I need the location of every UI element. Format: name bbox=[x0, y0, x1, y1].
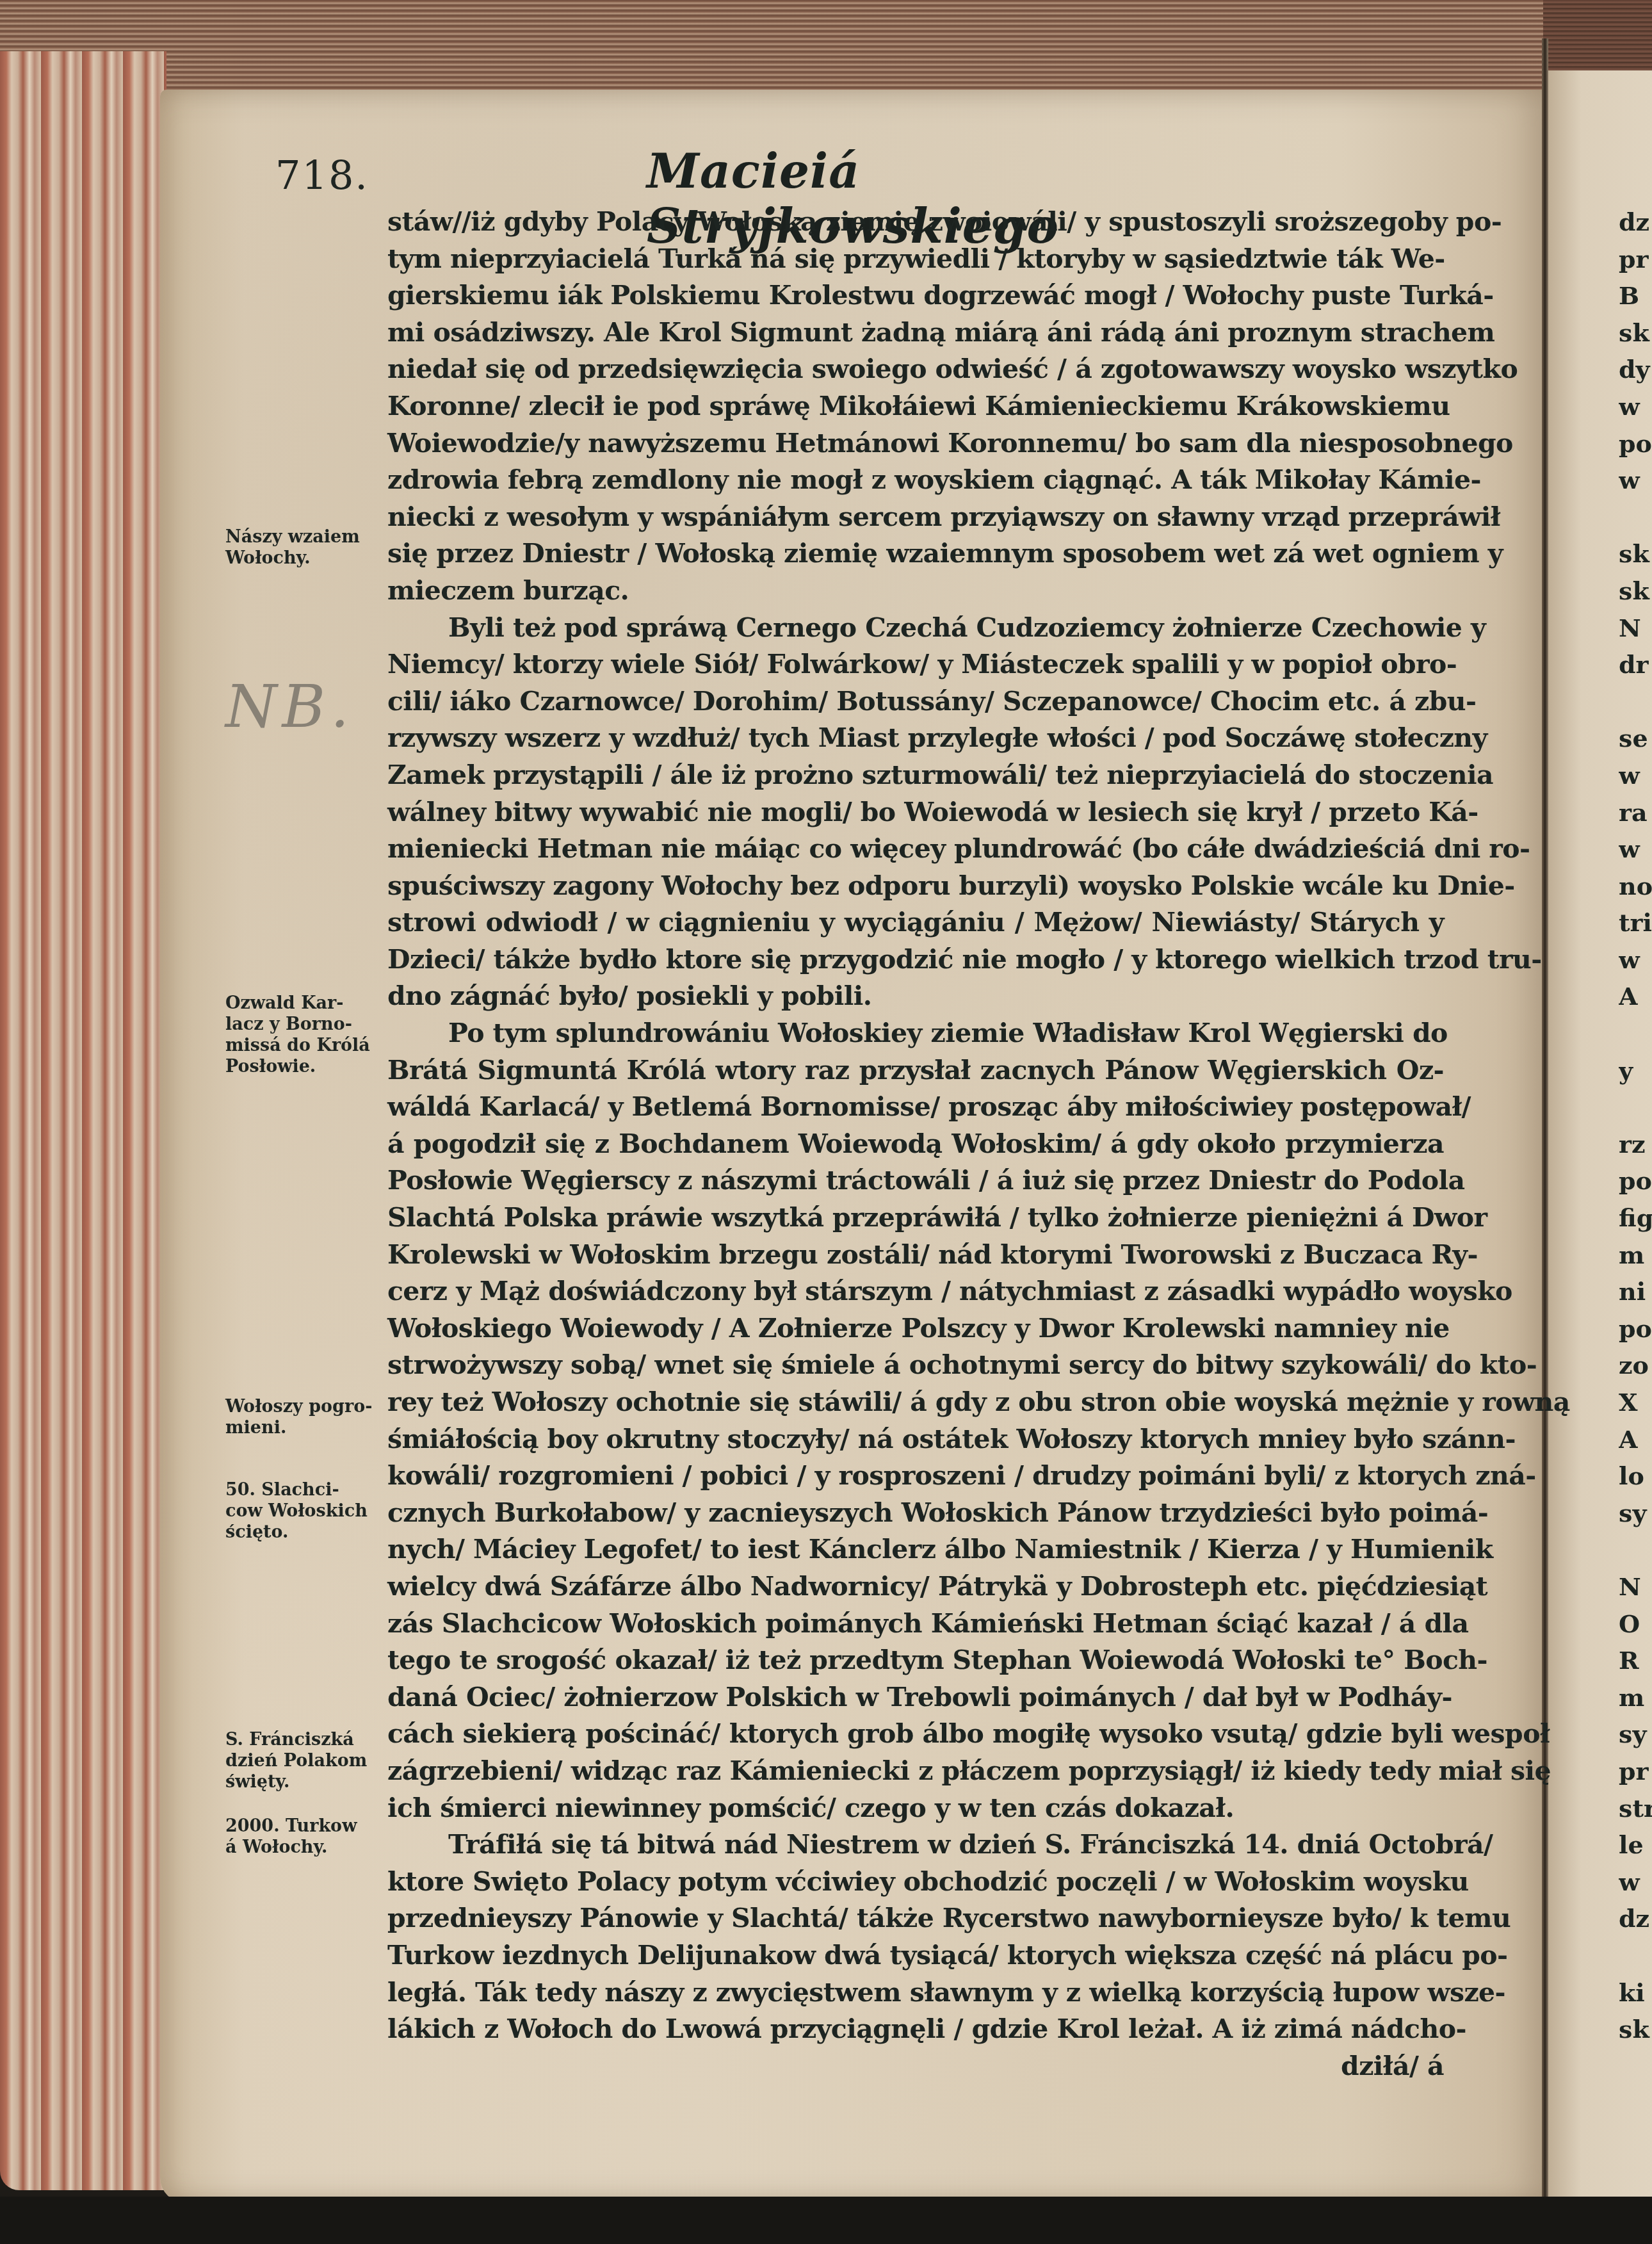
facing-page-fragment: X bbox=[1619, 1384, 1652, 1421]
text-line: zdrowia febrą zemdlony nie mogł z woyski… bbox=[387, 462, 1444, 499]
text-line: mi osádziwszy. Ale Krol Sigmunt żadną mi… bbox=[387, 314, 1444, 352]
facing-page-fragment: A bbox=[1619, 1421, 1652, 1458]
text-line: Slachtá Polska práwie wszytká przepráwił… bbox=[387, 1199, 1444, 1237]
catchword: dziłá/ á bbox=[387, 2048, 1444, 2085]
facing-page-fragment: rz bbox=[1619, 1126, 1652, 1163]
text-line: wielcy dwá Száfárze álbo Nadwornicy/ Pát… bbox=[387, 1568, 1444, 1606]
facing-page-fragment: dy bbox=[1619, 351, 1652, 388]
facing-page-fragment: R bbox=[1619, 1642, 1652, 1679]
marginal-note-line: Posłowie. bbox=[225, 1056, 370, 1077]
page-edges-left bbox=[0, 51, 166, 2190]
facing-page-fragment: dz bbox=[1619, 1900, 1652, 1937]
facing-page-fragment: N bbox=[1619, 1568, 1652, 1606]
marginal-note: Nászy wzaiem Wołochy. bbox=[225, 526, 360, 569]
text-line: strowi odwiodł / w ciągnieniu y wyciągán… bbox=[387, 904, 1444, 941]
text-line: cerz y Mąż doświádczony był stárszym / n… bbox=[387, 1273, 1444, 1310]
marginal-note-line: dzień Polakom bbox=[225, 1750, 367, 1771]
page-edges-top bbox=[0, 0, 1652, 96]
facing-page-fragment: w bbox=[1619, 941, 1652, 979]
marginal-note-line: Wołochy. bbox=[225, 548, 360, 569]
text-line: wáldá Karlacá/ y Betlemá Bornomisse/ pro… bbox=[387, 1089, 1444, 1126]
text-line: gierskiemu iák Polskiemu Krolestwu dogrz… bbox=[387, 277, 1444, 314]
text-line: Zamek przystąpili / ále iż prożno szturm… bbox=[387, 757, 1444, 794]
facing-page-fragment: w bbox=[1619, 1864, 1652, 1901]
text-line: Koronne/ zlecił ie pod spráwę Mikołáiewi… bbox=[387, 388, 1444, 425]
facing-page-fragment: fig bbox=[1619, 1199, 1652, 1237]
text-line: niedał się od przedsięwzięcia swoiego od… bbox=[387, 351, 1444, 388]
facing-page-text: dzprBskdywpowskskNdrsewrawnotriwAyrzpofi… bbox=[1619, 204, 1652, 2048]
marginal-note-line: Nászy wzaiem bbox=[225, 526, 360, 548]
text-line: się przez Dniestr / Wołoską ziemię wzaie… bbox=[387, 535, 1444, 573]
facing-page-edges-top bbox=[1543, 0, 1652, 77]
text-line: tego te srogość okazał/ iż też przedtym … bbox=[387, 1642, 1444, 1679]
text-line: śmiáłością boy okrutny stoczyły/ ná ostá… bbox=[387, 1421, 1444, 1458]
marginal-note: S. Fránciszká dzień Polakom święty. bbox=[225, 1729, 367, 1793]
text-line: ich śmierci niewinney pomścić/ czego y w… bbox=[387, 1790, 1444, 1827]
text-line: wálney bitwy wywabić nie mogli/ bo Woiew… bbox=[387, 794, 1444, 831]
facing-page-fragment bbox=[1619, 1937, 1652, 1974]
marginal-note: Ozwald Kar- lacz y Borno- missá do Królá… bbox=[225, 993, 370, 1077]
marginal-note-line: ścięto. bbox=[225, 1522, 368, 1543]
book-scan: 718. Macieiá Stryjkowskiego NB. Nászy wz… bbox=[0, 0, 1652, 2244]
text-line: kowáli/ rozgromieni / pobici / y rospros… bbox=[387, 1458, 1444, 1495]
text-line: spuściwszy zagony Wołochy bez odporu bur… bbox=[387, 868, 1444, 905]
facing-page-fragment: w bbox=[1619, 462, 1652, 499]
marginal-note-line: święty. bbox=[225, 1771, 367, 1793]
text-line: Krolewski w Wołoskim brzegu zostáli/ nád… bbox=[387, 1237, 1444, 1274]
facing-page-fragment: no bbox=[1619, 868, 1652, 905]
text-line: mieczem burząc. bbox=[387, 573, 1444, 610]
text-line: strwożywszy sobą/ wnet się śmiele á ocho… bbox=[387, 1347, 1444, 1384]
paragraph-start: Tráfiłá się tá bitwá nád Niestrem w dzie… bbox=[387, 1826, 1444, 1864]
text-line: zágrzebieni/ widząc raz Kámieniecki z pł… bbox=[387, 1753, 1444, 1790]
facing-page-fragment: ra bbox=[1619, 794, 1652, 831]
text-line: Turkow iezdnych Delijunakow dwá tysiącá/… bbox=[387, 1937, 1444, 1974]
facing-page-fragment bbox=[1619, 1089, 1652, 1126]
text-line: Woiewodzie/y nawyższemu Hetmánowi Koronn… bbox=[387, 425, 1444, 462]
facing-page-fragment: tri bbox=[1619, 904, 1652, 941]
text-line: tym nieprzyiacielá Turká ná się przywied… bbox=[387, 241, 1444, 278]
facing-page-fragment bbox=[1619, 1015, 1652, 1052]
scan-background bbox=[0, 2197, 1652, 2244]
text-line: ległá. Ták tedy nászy z zwycięstwem sław… bbox=[387, 1974, 1444, 2012]
facing-page-fragment: lo bbox=[1619, 1458, 1652, 1495]
facing-page-fragment: w bbox=[1619, 831, 1652, 868]
text-line: lákich z Wołoch do Lwowá przyciągnęli / … bbox=[387, 2011, 1444, 2048]
marginal-note-line: Wołoszy pogro- bbox=[225, 1396, 372, 1417]
facing-page-fragment: po bbox=[1619, 1310, 1652, 1347]
facing-page-fragment: sk bbox=[1619, 573, 1652, 610]
facing-page-fragment: str bbox=[1619, 1790, 1652, 1827]
facing-page-fragment: dr bbox=[1619, 646, 1652, 683]
facing-page-fragment: zo bbox=[1619, 1347, 1652, 1384]
facing-page-fragment bbox=[1619, 683, 1652, 720]
paragraph-start: Po tym splundrowániu Wołoskiey ziemie Wł… bbox=[387, 1015, 1444, 1052]
marginal-note-line: 50. Slachci- bbox=[225, 1479, 368, 1500]
facing-page-fragment: ni bbox=[1619, 1273, 1652, 1310]
running-head: 718. Macieiá Stryjkowskiego bbox=[275, 144, 1210, 202]
text-line: mieniecki Hetman nie máiąc co więcey plu… bbox=[387, 831, 1444, 868]
text-line: cznych Burkołabow/ y zacnieyszych Wołosk… bbox=[387, 1495, 1444, 1532]
text-line: Dzieci/ tákże bydło ktore się przygodzić… bbox=[387, 941, 1444, 979]
facing-page-fragment: sk bbox=[1619, 314, 1652, 352]
text-line: dno zágnáć było/ posiekli y pobili. bbox=[387, 978, 1444, 1015]
handwritten-nb-note: NB. bbox=[225, 672, 354, 741]
text-line: ktore Swięto Polacy potym vćciwiey obcho… bbox=[387, 1864, 1444, 1901]
facing-page-fragment: po bbox=[1619, 425, 1652, 462]
facing-page-fragment: sy bbox=[1619, 1716, 1652, 1753]
text-line: á pogodził się z Bochdanem Woiewodą Woło… bbox=[387, 1126, 1444, 1163]
text-line: Posłowie Węgierscy z nászymi tráctowáli … bbox=[387, 1162, 1444, 1199]
facing-page-fragment: B bbox=[1619, 277, 1652, 314]
text-line: Wołoskiego Woiewody / A Zołnierze Polszc… bbox=[387, 1310, 1444, 1347]
facing-page-fragment: w bbox=[1619, 757, 1652, 794]
facing-page-fragment bbox=[1619, 499, 1652, 536]
facing-page-fragment: pr bbox=[1619, 241, 1652, 278]
facing-page-fragment: w bbox=[1619, 388, 1652, 425]
facing-page-fragment: m bbox=[1619, 1237, 1652, 1274]
text-line: przednieyszy Pánowie y Slachtá/ tákże Ry… bbox=[387, 1900, 1444, 1937]
facing-page-fragment: sy bbox=[1619, 1495, 1652, 1532]
book-gutter bbox=[1542, 38, 1548, 2203]
facing-page-fragment: A bbox=[1619, 978, 1652, 1015]
marginal-note: 2000. Turkow á Wołochy. bbox=[225, 1816, 357, 1858]
facing-page-fragment: N bbox=[1619, 610, 1652, 647]
facing-page-fragment bbox=[1619, 1531, 1652, 1568]
marginal-note-line: lacz y Borno- bbox=[225, 1014, 370, 1035]
text-line: niecki z wesołym y wspániáłym sercem prz… bbox=[387, 499, 1444, 536]
facing-page-fragment: ki bbox=[1619, 1974, 1652, 2012]
facing-page-fragment: y bbox=[1619, 1052, 1652, 1089]
facing-page-fragment: po bbox=[1619, 1162, 1652, 1199]
page-number: 718. bbox=[275, 152, 369, 199]
marginal-note: Wołoszy pogro- mieni. bbox=[225, 1396, 372, 1438]
text-line: cili/ iáko Czarnowce/ Dorohim/ Botussány… bbox=[387, 683, 1444, 720]
facing-page-fragment: sk bbox=[1619, 2011, 1652, 2048]
text-line: nych/ Máciey Legofet/ to iest Kánclerz á… bbox=[387, 1531, 1444, 1568]
facing-page-fragment: le bbox=[1619, 1826, 1652, 1864]
text-line: rzywszy wszerz y wzdłuż/ tych Miast przy… bbox=[387, 720, 1444, 757]
body-text: stáw//iż gdyby Polacy Wołoską ziemię zwo… bbox=[387, 204, 1444, 2085]
facing-page-fragment: se bbox=[1619, 720, 1652, 757]
marginal-note-line: missá do Królá bbox=[225, 1035, 370, 1056]
marginal-note-line: mieni. bbox=[225, 1417, 372, 1438]
facing-page-fragment: O bbox=[1619, 1606, 1652, 1643]
marginal-note-line: cow Wołoskich bbox=[225, 1500, 368, 1522]
marginal-note-line: á Wołochy. bbox=[225, 1837, 357, 1858]
marginal-note: 50. Slachci- cow Wołoskich ścięto. bbox=[225, 1479, 368, 1543]
text-line: cách siekierą poścináć/ ktorych grob álb… bbox=[387, 1716, 1444, 1753]
facing-page-fragment: pr bbox=[1619, 1753, 1652, 1790]
text-line: zás Slachcicow Wołoskich poimánych Kámie… bbox=[387, 1606, 1444, 1643]
marginal-note-line: 2000. Turkow bbox=[225, 1816, 357, 1837]
facing-page-fragment: sk bbox=[1619, 535, 1652, 573]
facing-page-fragment: dz bbox=[1619, 204, 1652, 241]
marginal-note-line: S. Fránciszká bbox=[225, 1729, 367, 1750]
text-line: rey też Wołoszy ochotnie się stáwili/ á … bbox=[387, 1384, 1444, 1421]
text-line: Brátá Sigmuntá Królá wtory raz przysłał … bbox=[387, 1052, 1444, 1089]
text-line: Niemcy/ ktorzy wiele Siół/ Folwárkow/ y … bbox=[387, 646, 1444, 683]
text-line: daná Ociec/ żołnierzow Polskich w Trebow… bbox=[387, 1679, 1444, 1716]
marginal-note-line: Ozwald Kar- bbox=[225, 993, 370, 1014]
paragraph-start: Byli też pod spráwą Cernego Czechá Cudzo… bbox=[387, 610, 1444, 647]
text-line: stáw//iż gdyby Polacy Wołoską ziemię zwo… bbox=[387, 204, 1444, 241]
facing-page-fragment: m bbox=[1619, 1679, 1652, 1716]
